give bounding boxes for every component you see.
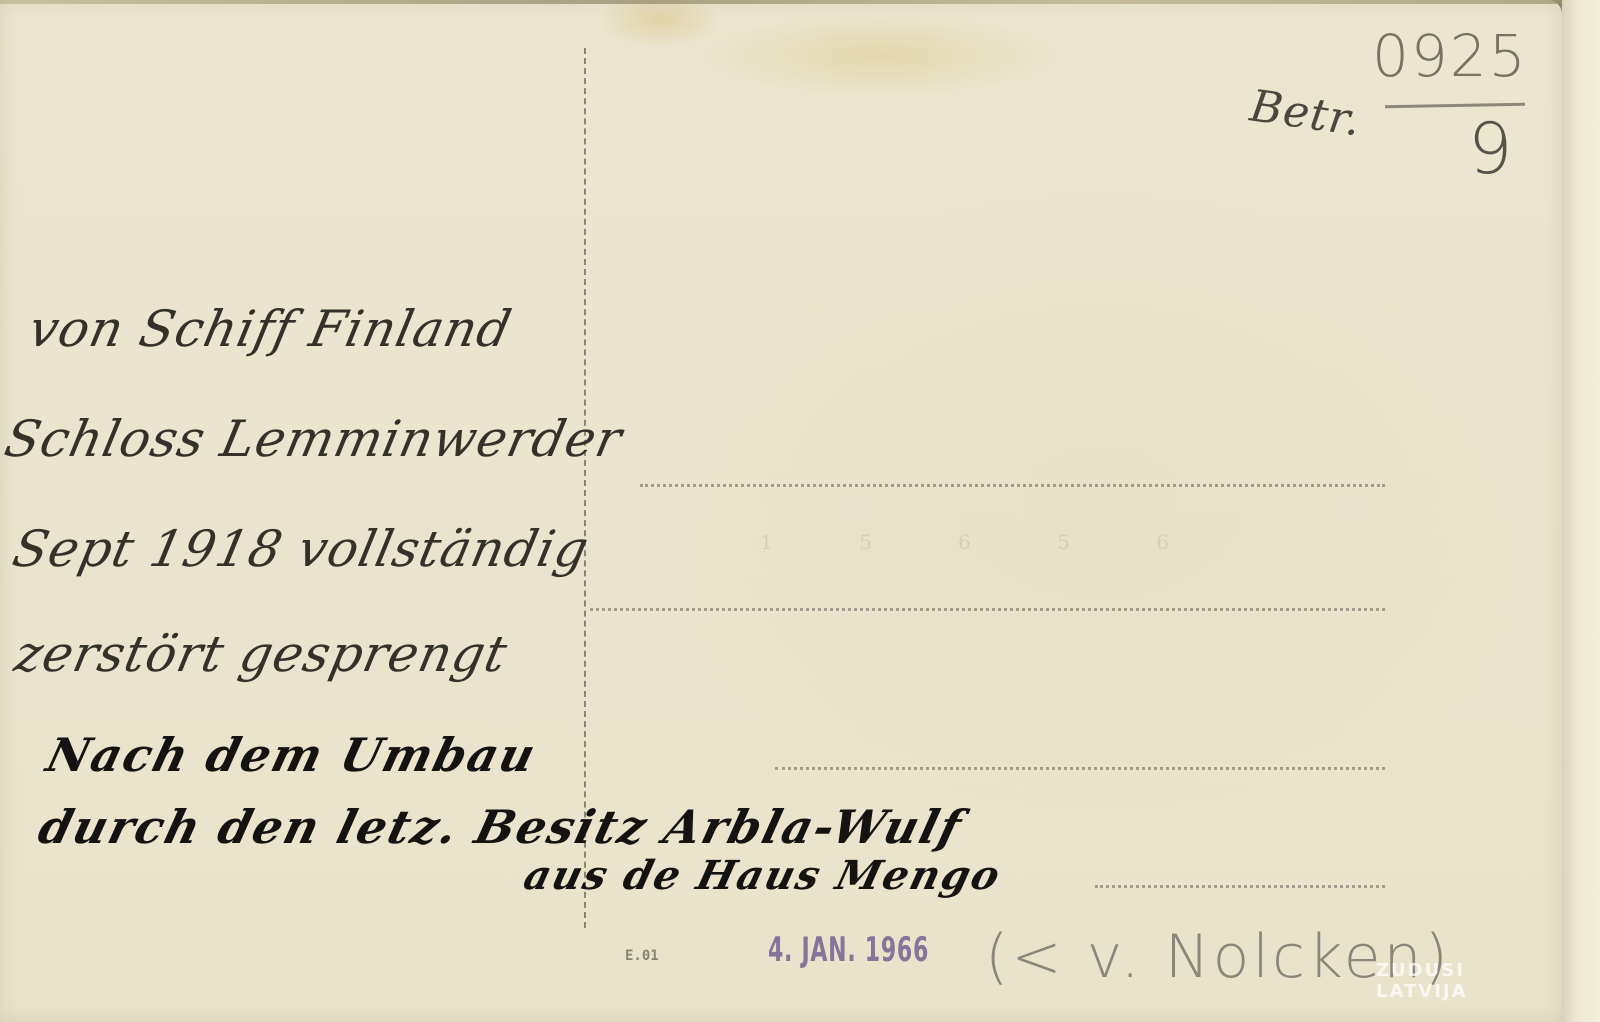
address-line-3 — [775, 767, 1385, 770]
date-stamp: 4. JAN. 1966 — [768, 930, 929, 970]
message-line: Nach dem Umbau — [41, 728, 542, 782]
message-line: Schloss Lemminwerder — [0, 410, 628, 468]
watermark-logo: zudusi Latvija — [1376, 960, 1562, 1002]
postcard-back: Betr. 0925 9 1 5 6 5 6 von Schiff Finlan… — [0, 0, 1562, 1022]
address-line-2 — [590, 608, 1385, 611]
archive-number-top: 0925 — [1372, 22, 1528, 90]
message-address-divider — [584, 48, 586, 928]
message-line: aus de Haus Mengo — [519, 852, 1006, 899]
message-line: Sept 1918 vollständig — [8, 520, 594, 578]
archive-prefix-note: Betr. — [1247, 81, 1364, 147]
scan-background-edge — [1562, 0, 1600, 1022]
faint-print-marks: 1 5 6 5 6 — [760, 530, 1209, 554]
message-line: durch den letz. Besitz Arbla-Wulf — [33, 800, 968, 854]
small-print-mark: E.01 — [625, 948, 659, 964]
address-line-4 — [1095, 885, 1385, 888]
card-top-edge — [0, 0, 1562, 4]
address-line-1 — [640, 484, 1385, 487]
message-line: von Schiff Finland — [24, 300, 517, 358]
archive-number-bottom: 9 — [1468, 108, 1514, 190]
message-line: zerstört gesprengt — [10, 625, 513, 683]
